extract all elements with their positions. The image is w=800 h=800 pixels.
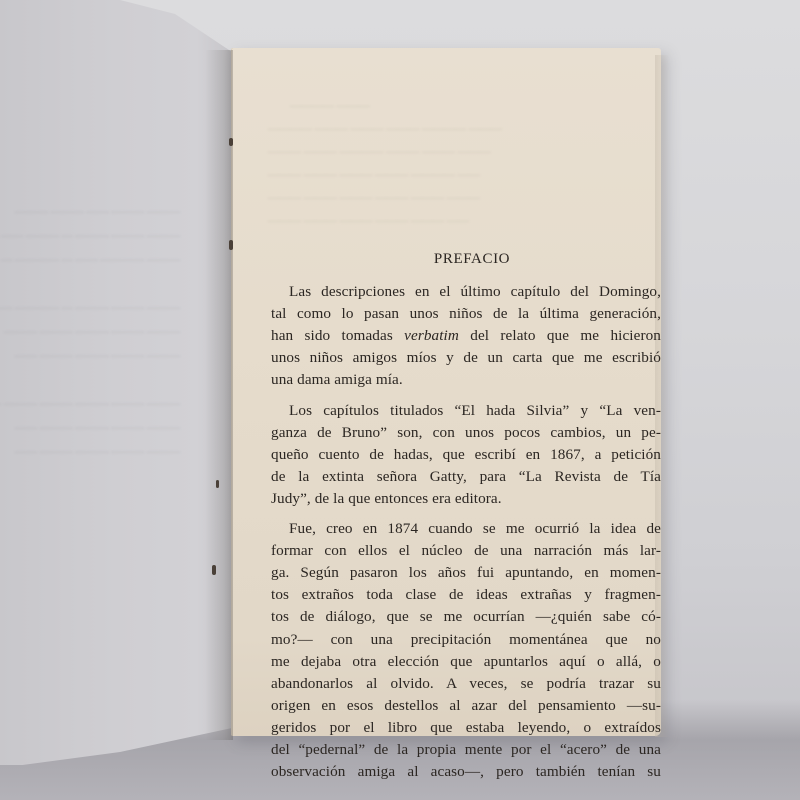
page-title: PREFACIO [271,248,661,270]
binding-staple [212,565,216,575]
right-page-show-through: ———— ——— ———— ——— ——— ——— ———— ——— ——— —… [268,95,648,233]
left-page-bleed-through: ——— ——— —— ——— ——— ——— ——— ——— — ——— —— … [0,200,180,464]
text-line: origen en esos destellos al azar del pen… [271,695,661,717]
text-line: abandonarlos al olvido. A veces, se podr… [271,673,661,695]
text-line: del “pedernal” de la propia mente por el… [271,739,661,761]
text-line: Las descripciones en el último capítulo … [271,281,661,303]
binding-staple [229,240,233,250]
text-line: de la extinta señora Gatty, para “La Rev… [271,466,661,488]
text-line: tos extraños toda clase de ideas extraña… [271,584,661,606]
text-line: tos de diálogo, que se me ocurrían —¿qui… [271,606,661,628]
spine-gutter [205,50,233,740]
text-fragment: han sido tomadas [271,327,404,344]
text-line: Los capítulos titulados “El hada Silvia”… [271,400,661,422]
text-line: tal como lo pasan unos niños de la últim… [271,303,661,325]
text-line: queño cuento de hadas, que escribí en 18… [271,444,661,466]
binding-staple [216,480,219,488]
text-line: Judy”, de la que entonces era editora. [271,488,661,510]
italic-word: verbatim [404,327,459,344]
paragraph-2: Los capítulos titulados “El hada Silvia”… [271,400,661,510]
text-line: Fue, creo en 1874 cuando se me ocurrió l… [271,518,661,540]
text-line: una dama amiga mía. [271,369,661,391]
text-line: formar con ellos el núcleo de una narrac… [271,540,661,562]
text-line: ganza de Bruno” son, con unos pocos camb… [271,422,661,444]
text-line: mo?— con una precipitación momentánea qu… [271,629,661,651]
left-page: ——— ——— —— ——— ——— ——— ——— ——— — ——— —— … [0,0,232,765]
text-line: unos niños amigos míos y de un carta que… [271,347,661,369]
text-line: geridos por el libro que estaba leyendo,… [271,717,661,739]
text-line: ga. Según pasaron los años fui apuntando… [271,562,661,584]
page-text: PREFACIO Las descripciones en el último … [271,248,661,783]
binding-staple [229,138,233,146]
text-line: me dejaba otra elección que apuntarlos a… [271,651,661,673]
text-fragment: del relato que me hicieron [459,327,661,344]
paragraph-1: Las descripciones en el último capítulo … [271,281,661,391]
text-line-with-italic: han sido tomadas verbatim del relato que… [271,325,661,347]
paragraph-3: Fue, creo en 1874 cuando se me ocurrió l… [271,518,661,783]
text-line: observación amiga al acaso—, pero tambié… [271,761,661,783]
